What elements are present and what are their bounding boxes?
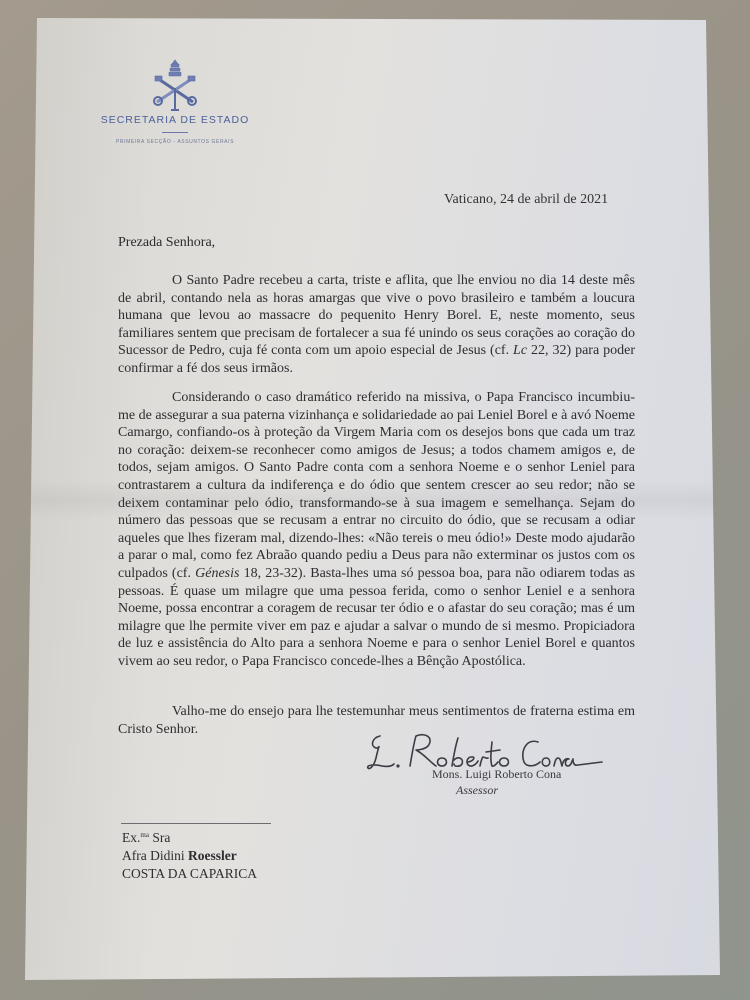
honorific-suffix: Sra (149, 830, 170, 845)
salutation: Prezada Senhora, (118, 235, 215, 251)
paragraph-2-text-a: Considerando o caso dramático referido n… (118, 390, 635, 581)
recipient-address: Ex.ma Sra Afra Didini Roessler COSTA DA … (122, 826, 257, 883)
recipient-location: COSTA DA CAPARICA (122, 865, 257, 883)
papal-emblem-icon (149, 58, 201, 114)
scripture-ref-genesis: Génesis (195, 566, 239, 581)
organization-name: SECRETARIA DE ESTADO (75, 114, 275, 126)
recipient-surname: Roessler (188, 848, 237, 863)
paragraph-2: Considerando o caso dramático referido n… (118, 389, 635, 671)
address-divider (121, 823, 271, 824)
signer-title: Assessor (456, 783, 498, 798)
letterhead-divider (162, 132, 188, 133)
recipient-honorific: Ex.ma Sra (122, 826, 257, 847)
honorific-superscript: ma (140, 831, 149, 839)
letter-content: SECRETARIA DE ESTADO PRIMEIRA SECÇÃO - A… (0, 0, 750, 1000)
honorific-prefix: Ex. (122, 830, 140, 845)
organization-subdivision: PRIMEIRA SECÇÃO - ASSUNTOS GERAIS (75, 139, 275, 145)
scripture-ref-luke: Lc (513, 343, 527, 358)
letterhead: SECRETARIA DE ESTADO PRIMEIRA SECÇÃO - A… (75, 58, 275, 145)
paragraph-1: O Santo Padre recebeu a carta, triste e … (118, 272, 635, 378)
recipient-name: Afra Didini Roessler (122, 847, 257, 865)
signer-name: Mons. Luigi Roberto Cona (432, 767, 561, 782)
recipient-given-name: Afra Didini (122, 848, 188, 863)
letter-date: Vaticano, 24 de abril de 2021 (444, 192, 608, 208)
paragraph-2-text-b: 18, 23-32). Basta-lhes uma só pessoa boa… (118, 566, 635, 669)
